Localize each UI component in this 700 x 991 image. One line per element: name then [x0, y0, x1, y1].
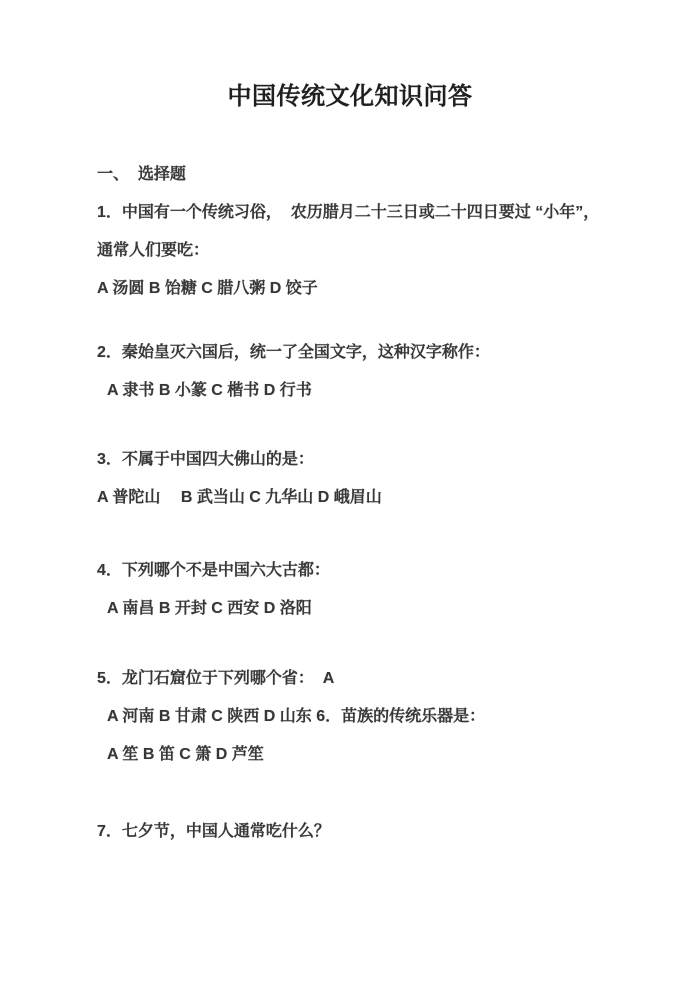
document-body: 一、 选择题 1．中国有一个传统习俗， 农历腊月二十三日或二十四日要过 “小年”… [0, 156, 700, 851]
question-2-options: A 隶书 B 小篆 C 楷书 D 行书 [97, 372, 620, 410]
question-4-text: 4．下列哪个不是中国六大古都： [97, 552, 620, 590]
question-5-options-and-question-6-text: A 河南 B 甘肃 C 陕西 D 山东 6．苗族的传统乐器是： [97, 698, 620, 736]
question-1-options: A 汤圆 B 饴糖 C 腊八粥 D 饺子 [97, 270, 620, 308]
question-7-text: 7．七夕节，中国人通常吃什么？ [97, 813, 620, 851]
question-3-options: A 普陀山 B 武当山 C 九华山 D 峨眉山 [97, 479, 620, 517]
question-1-text-line-1: 1．中国有一个传统习俗， 农历腊月二十三日或二十四日要过 “小年”， [97, 194, 620, 232]
question-3-text: 3．不属于中国四大佛山的是： [97, 441, 620, 479]
document-title: 中国传统文化知识问答 [0, 0, 700, 114]
question-6-options: A 笙 B 笛 C 箫 D 芦笙 [97, 736, 620, 774]
document-page: 中国传统文化知识问答 一、 选择题 1．中国有一个传统习俗， 农历腊月二十三日或… [0, 0, 700, 991]
question-1-text-line-2: 通常人们要吃： [97, 232, 620, 270]
question-5-text: 5．龙门石窟位于下列哪个省： A [97, 660, 620, 698]
question-2-text: 2．秦始皇灭六国后，统一了全国文字，这种汉字称作： [97, 334, 620, 372]
section-heading-multiple-choice: 一、 选择题 [97, 156, 620, 194]
question-4-options: A 南昌 B 开封 C 西安 D 洛阳 [97, 590, 620, 628]
